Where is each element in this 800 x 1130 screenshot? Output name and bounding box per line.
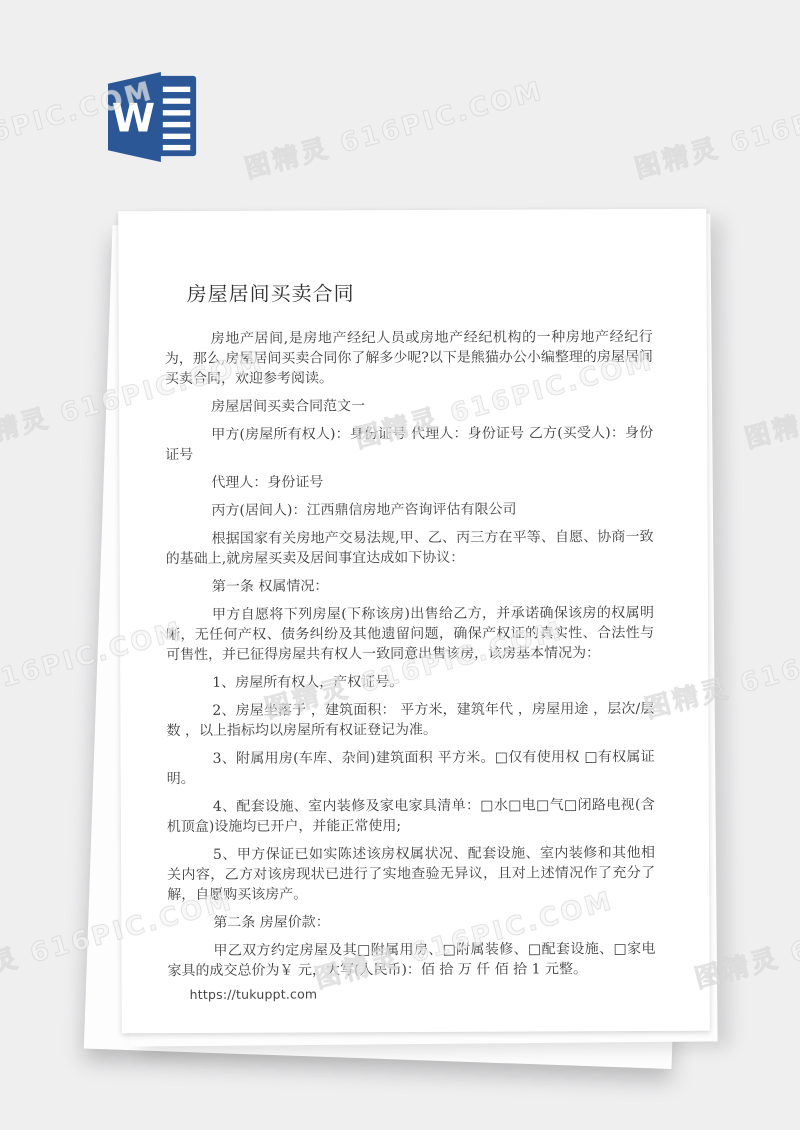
doc-paragraph: 甲方自愿将下列房屋(下称该房)出售给乙方，并承诺确保该房的权属明晰，无任何产权、… bbox=[166, 603, 654, 665]
doc-paragraph: 第一条 权属情况： bbox=[166, 575, 654, 597]
doc-paragraph: 房屋居间买卖合同范文一 bbox=[165, 395, 653, 417]
doc-paragraph: 根据国家有关房地产交易法规,甲、乙、丙三方在平等、自愿、协商一致的基础上,就房屋… bbox=[166, 527, 654, 569]
doc-paragraph: 房地产居间,是房地产经纪人员或房地产经纪机构的一种房地产经纪行为，那么,房屋居间… bbox=[165, 327, 653, 389]
doc-paragraph: 甲乙双方约定房屋及其□附属用房、□附属装修、□配套设施、□家电家具的成交总价为￥… bbox=[167, 939, 655, 981]
doc-paragraph: 第二条 房屋价款： bbox=[167, 911, 655, 933]
word-icon: W bbox=[108, 70, 202, 164]
doc-paragraph: 4、配套设施、室内装修及家电家具清单：□水□电□气□闭路电视(含机顶盒)设施均已… bbox=[167, 795, 655, 837]
doc-paragraph: 3、附属用房(车库、杂间)建筑面积 平方米。□仅有使用权 □有权属证明。 bbox=[167, 747, 655, 789]
document-page: 房屋居间买卖合同 房地产居间,是房地产经纪人员或房地产经纪机构的一种房地产经纪行… bbox=[118, 209, 710, 1034]
footer-url-link[interactable]: https://tukuppt.com bbox=[190, 986, 318, 1002]
document-title: 房屋居间买卖合同 bbox=[165, 277, 653, 309]
word-logo-graphic: W bbox=[108, 70, 202, 164]
doc-paragraph: 2、房屋坐落于 ，建筑面积： 平方米，建筑年代 ，房屋用途 ，层次/层数 ，以上… bbox=[166, 699, 654, 741]
word-logo-letter: W bbox=[112, 97, 155, 142]
document-content: 房屋居间买卖合同 房地产居间,是房地产经纪人员或房地产经纪机构的一种房地产经纪行… bbox=[118, 209, 710, 1034]
doc-paragraph: 5、甲方保证已如实陈述该房权属状况、配套设施、室内装修和其他相关内容，乙方对该房… bbox=[167, 843, 655, 905]
doc-paragraph: 1、房屋所有权人，产权证号。 bbox=[166, 671, 654, 693]
doc-paragraph: 丙方(居间人)：江西鼎信房地产咨询评估有限公司 bbox=[165, 499, 653, 521]
document-body: 房地产居间,是房地产经纪人员或房地产经纪机构的一种房地产经纪行为，那么,房屋居间… bbox=[165, 327, 656, 981]
doc-paragraph: 代理人：身份证号 bbox=[165, 471, 653, 493]
watermark-text: 图精灵 616PIC.COM bbox=[740, 340, 800, 455]
watermark-text: 图精灵 616PIC.COM bbox=[630, 70, 800, 185]
doc-paragraph: 甲方(房屋所有权人)：身份证号 代理人：身份证号 乙方(买受人)：身份证号 bbox=[165, 423, 653, 465]
watermark-text: 图精灵 616PIC.COM bbox=[240, 70, 547, 185]
